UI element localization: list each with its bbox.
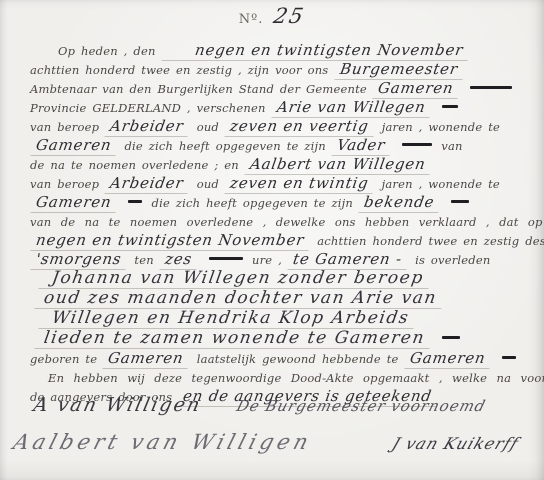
printed-form-text: van beroep <box>30 177 99 191</box>
handwritten-entry: Arbeider <box>105 174 192 194</box>
document-line: Provincie GELDERLAND , verschenen Arie v… <box>30 97 520 116</box>
act-number: Nº. 25 <box>0 4 544 28</box>
document-line: Willegen en Hendrika Klop Arbeids <box>30 308 520 328</box>
signature-label-burgemeester: De Burgemeester voornoemd <box>235 397 488 415</box>
printed-form-text: oud <box>197 177 219 191</box>
handwritten-entry: Gameren <box>30 136 119 156</box>
printed-form-text: van <box>441 139 462 153</box>
handwritten-entry: zeven en veertig <box>225 117 377 137</box>
document-line: achttien honderd twee en zestig , zijn v… <box>30 59 520 78</box>
document-line: Gameren die zich heeft opgegeven te zijn… <box>30 192 520 211</box>
handwritten-entry: Burgemeester <box>334 60 465 80</box>
printed-form-text: die zich heeft opgegeven te zijn <box>152 196 353 210</box>
ink-dash <box>442 336 460 339</box>
handwritten-entry: Vader <box>331 136 392 156</box>
handwritten-entry: negen en twintigsten November <box>30 231 311 251</box>
ink-dash <box>402 143 432 146</box>
handwritten-entry: Johanna van Willegen zonder beroep <box>38 268 431 289</box>
handwritten-entry: Arbeider <box>105 117 192 137</box>
document-body: Op heden , den negen en twintigsten Nove… <box>30 40 520 405</box>
printed-form-text: geboren te <box>30 352 97 366</box>
printed-form-text: ure , <box>252 253 282 267</box>
handwritten-entry: Gameren <box>372 79 461 99</box>
document-line: lieden te zamen wonende te Gameren <box>30 328 520 348</box>
document-line: geboren te Gameren laatstelijk gewoond h… <box>30 348 520 367</box>
act-number-label: Nº. <box>239 12 264 27</box>
signature-row-declarant-1: A van WilligenDe Burgemeester voornoemd <box>0 394 544 416</box>
printed-form-text: achttien honderd twee en zestig , zijn v… <box>30 63 328 77</box>
handwritten-entry: lieden te zamen wonende te Gameren <box>34 328 432 349</box>
printed-form-text: van beroep <box>30 120 99 134</box>
signature-burgemeester: J van Kuikerff <box>389 434 521 453</box>
handwritten-entry: Gameren <box>30 193 119 213</box>
printed-form-text: is overleden <box>415 253 490 267</box>
document-line: negen en twintigsten November achttien h… <box>30 230 520 249</box>
printed-form-text: achttien honderd twee en zestig des <box>317 234 544 248</box>
handwritten-entry: oud zes maanden dochter van Arie van <box>34 288 444 309</box>
handwritten-entry: zes <box>159 250 199 270</box>
document-line: van beroep Arbeider oud zeven en twintig… <box>30 173 520 192</box>
ink-dash <box>209 257 243 260</box>
printed-form-text: ten <box>134 253 153 267</box>
document-line: van beroep Arbeider oud zeven en veertig… <box>30 116 520 135</box>
printed-form-text: jaren , wonende te <box>382 177 500 191</box>
document-line: van de na te noemen overledene , dewelke… <box>30 211 520 230</box>
handwritten-entry: Gameren <box>103 349 192 369</box>
printed-form-text: die zich heeft opgegeven te zijn <box>124 139 325 153</box>
signature-row-declarant-2: Aalbert van WilligenJ van Kuikerff <box>0 430 544 454</box>
printed-form-text: oud <box>197 120 219 134</box>
handwritten-entry: negen en twintigsten November <box>161 41 470 61</box>
document-line: Johanna van Willegen zonder beroep <box>30 268 520 288</box>
ink-dash <box>451 200 469 203</box>
printed-form-text: Op heden , den <box>58 44 156 58</box>
ink-dash <box>502 356 516 359</box>
handwritten-entry: bekende <box>359 193 442 213</box>
printed-form-text: van de na te noemen overledene , dewelke… <box>30 215 544 229</box>
printed-form-text: laatstelijk gewoond hebbende te <box>197 352 399 366</box>
document-line: Ambtenaar van den Burgerlijken Stand der… <box>30 78 520 97</box>
ink-dash <box>442 105 458 108</box>
act-number-value: 25 <box>272 4 308 28</box>
handwritten-entry: Arie van Willegen <box>271 98 433 118</box>
ink-dash <box>470 86 512 89</box>
signature-aalbert-van-willigen: Aalbert van Willigen <box>11 430 315 454</box>
document-line: de na te noemen overledene ; en Aalbert … <box>30 154 520 173</box>
handwritten-entry: Willegen en Hendrika Klop Arbeids <box>38 308 417 329</box>
printed-form-text: Provincie GELDERLAND , verschenen <box>30 101 266 115</box>
document-line: Op heden , den negen en twintigsten Nove… <box>30 40 520 59</box>
printed-form-text: Ambtenaar van den Burgerlijken Stand der… <box>30 82 367 96</box>
handwritten-entry: te Gameren - <box>288 250 410 270</box>
handwritten-entry: 'smorgens <box>30 250 128 270</box>
document-line: Gameren die zich heeft opgegeven te zijn… <box>30 135 520 154</box>
signature-a-van-willigen: A van Willigen <box>32 394 204 416</box>
document-line: En hebben wij deze tegenwoordige Dood-Ak… <box>30 367 520 386</box>
handwritten-entry: Aalbert van Willegen <box>244 155 433 175</box>
document-line: oud zes maanden dochter van Arie van <box>30 288 520 308</box>
death-certificate-scan: Nº. 25 Op heden , den negen en twintigst… <box>0 0 544 480</box>
document-line: 'smorgens ten zes ure , te Gameren - is … <box>30 249 520 268</box>
handwritten-entry: zeven en twintig <box>225 174 377 194</box>
printed-form-text: de na te noemen overledene ; en <box>30 158 239 172</box>
printed-form-text: En hebben wij deze tegenwoordige Dood-Ak… <box>48 371 544 385</box>
printed-form-text: jaren , wonende te <box>382 120 500 134</box>
handwritten-entry: Gameren <box>404 349 493 369</box>
ink-dash <box>128 200 142 203</box>
